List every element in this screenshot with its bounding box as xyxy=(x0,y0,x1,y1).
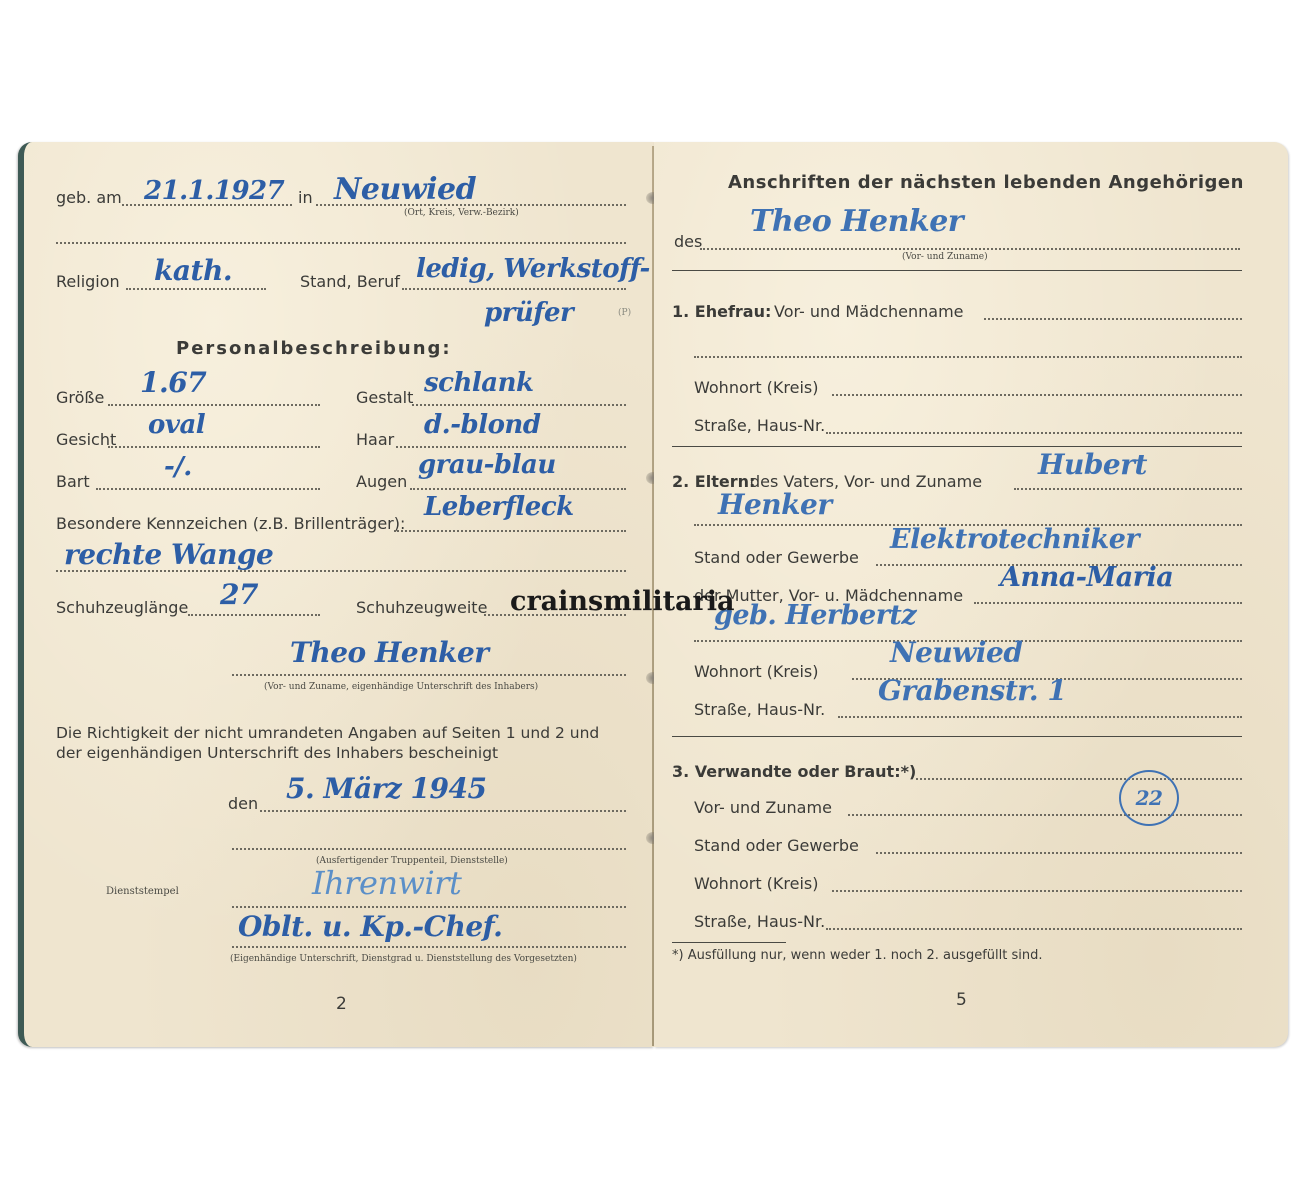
height-value: 1.67 xyxy=(140,366,206,399)
wife-residence-line xyxy=(832,394,1242,396)
officer-hint: (Eigenhändige Unterschrift, Dienstgrad u… xyxy=(230,954,577,964)
birth-place-value: Neuwied xyxy=(334,172,476,207)
des-label: des xyxy=(674,232,702,251)
relative-street-label: Straße, Haus-Nr. xyxy=(694,912,825,931)
watermark: crainsmilitaria xyxy=(510,586,735,617)
section3-heading: 3. Verwandte oder Braut:*) xyxy=(672,762,916,781)
wife-residence-label: Wohnort (Kreis) xyxy=(694,378,819,397)
holder-signature-hint: (Vor- und Zuname, eigenhändige Unterschr… xyxy=(264,682,538,692)
height-label: Größe xyxy=(56,388,104,407)
eyes-line xyxy=(410,488,626,490)
parents-residence-value: Neuwied xyxy=(890,636,1022,669)
occupation-stamp-note: (P) xyxy=(618,308,631,318)
eyes-value: grau-blau xyxy=(418,450,556,480)
relative-residence-line xyxy=(832,890,1242,892)
date-line xyxy=(260,810,626,812)
hair-value: d.-blond xyxy=(424,410,541,440)
relative-name-line xyxy=(848,814,1242,816)
wife-street-label: Straße, Haus-Nr. xyxy=(694,416,825,435)
father-occupation-label: Stand oder Gewerbe xyxy=(694,548,859,567)
religion-line xyxy=(126,288,266,290)
parents-street-line xyxy=(838,716,1242,718)
relative-name-label: Vor- und Zuname xyxy=(694,798,832,817)
wife-name-line xyxy=(984,318,1242,320)
circled-note-value: 22 xyxy=(1136,786,1163,810)
eyes-label: Augen xyxy=(356,472,407,491)
relatives-title: Anschriften der nächsten lebenden Angehö… xyxy=(728,172,1244,193)
birth-date-value: 21.1.1927 xyxy=(144,176,284,206)
officer-rank: Oblt. u. Kp.-Chef. xyxy=(238,910,502,943)
holder-signature-line xyxy=(232,674,626,676)
marks-line xyxy=(394,530,626,532)
date-label: den xyxy=(228,794,258,813)
father-name-value-line1: Hubert xyxy=(1038,448,1147,481)
des-hint: (Vor- und Zuname) xyxy=(902,252,988,262)
religion-label: Religion xyxy=(56,272,120,291)
religion-value: kath. xyxy=(154,254,232,287)
wife-street-line xyxy=(826,432,1242,434)
page-number-right: 5 xyxy=(956,990,967,1010)
wife-name-label: Vor- und Mädchenname xyxy=(774,302,964,321)
section-divider xyxy=(672,270,1242,271)
occupation-label: Stand, Beruf xyxy=(300,272,400,291)
father-name-line xyxy=(1014,488,1242,490)
des-line xyxy=(700,248,1240,250)
beard-value: -/. xyxy=(164,452,192,482)
parents-street-label: Straße, Haus-Nr. xyxy=(694,700,825,719)
certification-line2: der eigenhändigen Unterschrift des Inhab… xyxy=(56,744,498,762)
personal-description-heading: Personalbeschreibung: xyxy=(176,338,452,359)
date-value: 5. März 1945 xyxy=(286,772,486,805)
certification-line1: Die Richtigkeit der nicht umrandeten Ang… xyxy=(56,724,599,742)
section-divider xyxy=(672,736,1242,737)
footnote: *) Ausfüllung nur, wenn weder 1. noch 2.… xyxy=(672,948,1043,963)
birth-date-label: geb. am xyxy=(56,188,122,207)
mother-name-line xyxy=(974,602,1242,604)
hair-line xyxy=(396,446,626,448)
occupation-value-line2: prüfer xyxy=(484,298,573,328)
wife-name-line-2 xyxy=(694,356,1242,358)
marks-label: Besondere Kennzeichen (z.B. Brillenträge… xyxy=(56,514,405,533)
birth-place-label: in xyxy=(298,188,313,207)
father-name-value-line2: Henker xyxy=(718,488,832,521)
shoe-length-label: Schuhzeuglänge xyxy=(56,598,188,617)
build-line xyxy=(412,404,626,406)
holder-signature: Theo Henker xyxy=(290,636,489,669)
build-label: Gestalt xyxy=(356,388,413,407)
occupation-line xyxy=(402,288,626,290)
circled-note: 22 xyxy=(1119,770,1179,826)
height-line xyxy=(108,404,320,406)
relative-occupation-line xyxy=(876,852,1242,854)
relative-heading-line xyxy=(916,778,1242,780)
mother-name-value-line1: Anna-Maria xyxy=(1000,562,1173,593)
birth-place-hint: (Ort, Kreis, Verw.-Bezirk) xyxy=(404,208,519,218)
officer-signature-line xyxy=(232,906,626,908)
footnote-rule xyxy=(672,942,786,943)
relative-occupation-label: Stand oder Gewerbe xyxy=(694,836,859,855)
shoe-length-line xyxy=(188,614,320,616)
face-line xyxy=(108,446,320,448)
unit-line xyxy=(232,848,626,850)
father-occupation-value: Elektrotechniker xyxy=(890,524,1139,555)
parents-residence-label: Wohnort (Kreis) xyxy=(694,662,819,681)
marks-value-line2: rechte Wange xyxy=(64,538,273,571)
relative-residence-label: Wohnort (Kreis) xyxy=(694,874,819,893)
mother-name-value-line2: geb. Herbertz xyxy=(714,600,916,631)
blank-line xyxy=(56,242,626,244)
parents-street-value: Grabenstr. 1 xyxy=(878,674,1066,707)
page-number-left: 2 xyxy=(336,994,347,1014)
shoe-length-value: 27 xyxy=(220,578,258,611)
marks-line-2 xyxy=(56,570,626,572)
officer-rank-line xyxy=(232,946,626,948)
officer-signature: Ihrenwirt xyxy=(312,864,461,902)
face-value: oval xyxy=(148,410,205,440)
marks-value-line1: Leberfleck xyxy=(424,492,574,522)
section-divider xyxy=(672,446,1242,447)
relative-street-line xyxy=(826,928,1242,930)
beard-label: Bart xyxy=(56,472,90,491)
section1-heading: 1. Ehefrau: xyxy=(672,302,771,321)
build-value: schlank xyxy=(424,368,534,398)
shoe-width-label: Schuhzeugweite xyxy=(356,598,487,617)
occupation-value-line1: ledig, Werkstoff- xyxy=(416,254,650,284)
beard-line xyxy=(96,488,320,490)
des-value: Theo Henker xyxy=(750,204,963,239)
right-page: Anschriften der nächsten lebenden Angehö… xyxy=(654,142,1288,1047)
stamp-label: Dienststempel xyxy=(106,886,179,897)
hair-label: Haar xyxy=(356,430,394,449)
